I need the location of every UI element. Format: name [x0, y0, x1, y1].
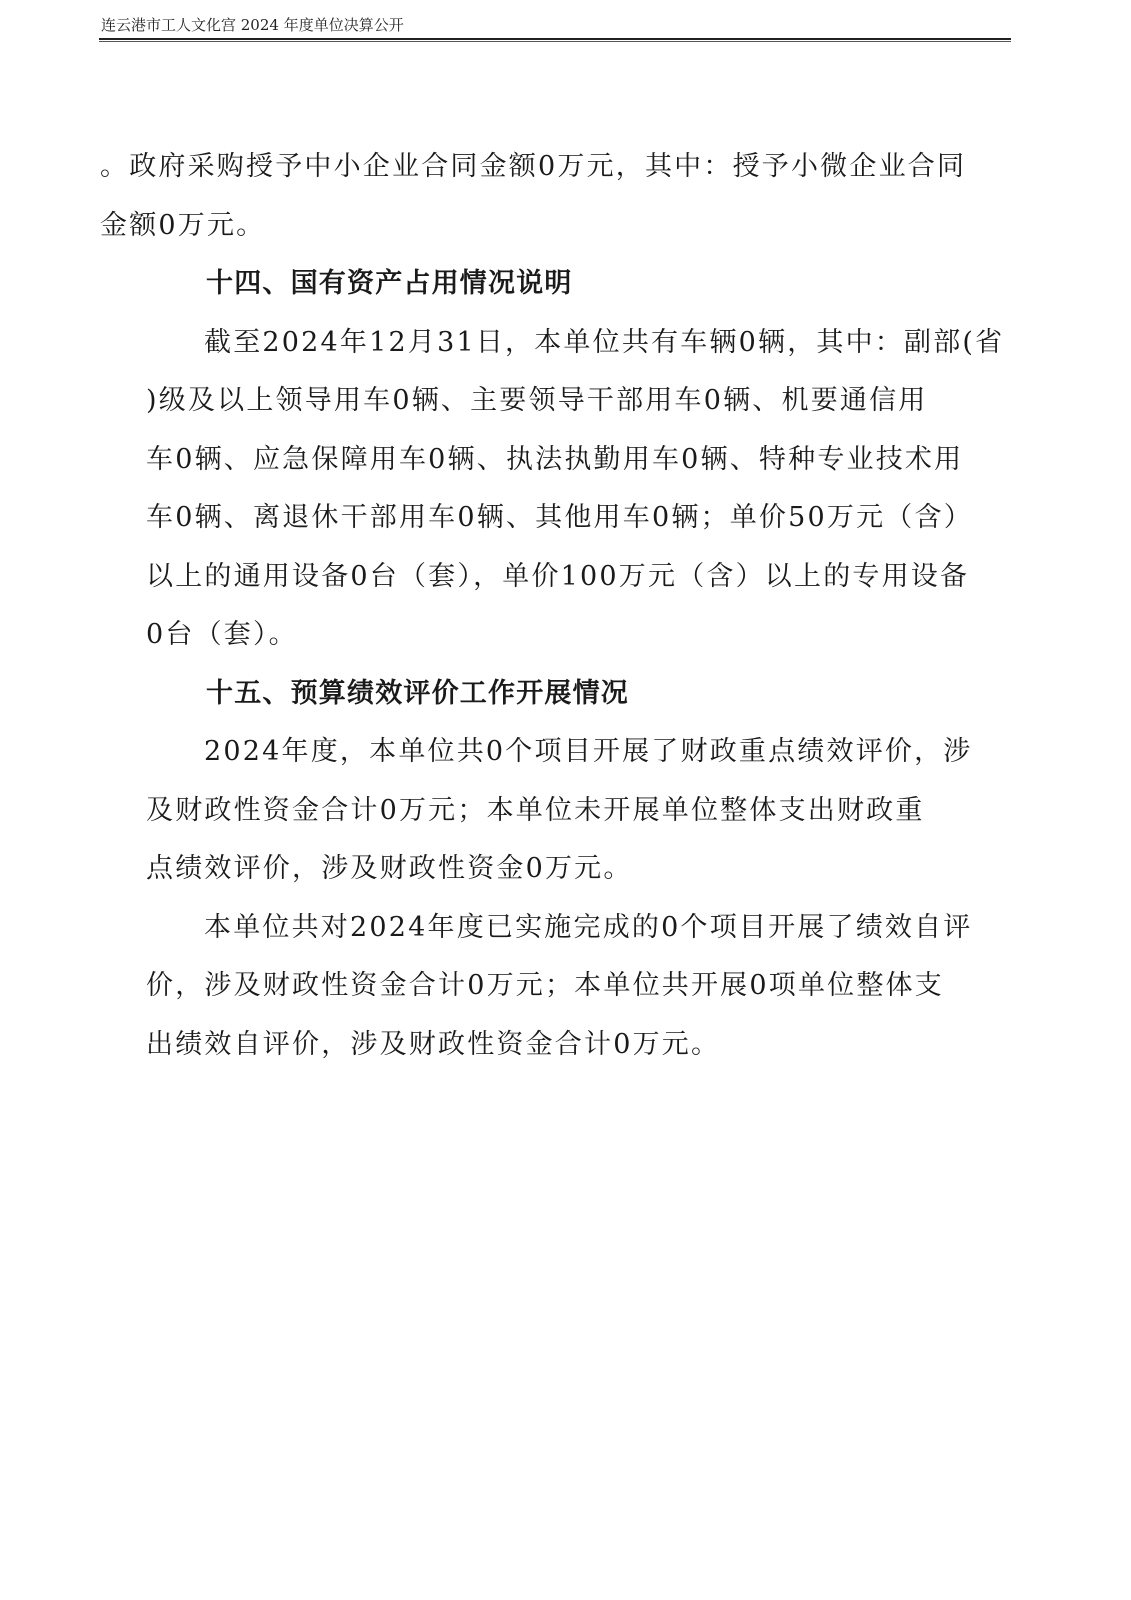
- section-15-paragraph-1: 2024年度，本单位共0个项目开展了财政重点绩效评价，涉 及财政性资金合计0万元…: [100, 723, 1000, 899]
- section-14-heading: 十四、国有资产占用情况说明: [100, 255, 1000, 314]
- text-line: 出绩效自评价，涉及财政性资金合计0万元。: [146, 1016, 1000, 1075]
- text-line: 2024年度，本单位共0个项目开展了财政重点绩效评价，涉: [146, 723, 1000, 782]
- section-14-paragraph: 截至2024年12月31日，本单位共有车辆0辆，其中：副部(省 )级及以上领导用…: [100, 314, 1000, 665]
- text-line: 点绩效评价，涉及财政性资金0万元。: [146, 840, 1000, 899]
- text-line: 0台（套）。: [146, 606, 1000, 665]
- document-running-title: 连云港市工人文化宫 2024 年度单位决算公开: [99, 16, 1011, 34]
- procurement-paragraph: 。政府采购授予中小企业合同金额0万元，其中：授予小微企业合同 金额0万元。: [100, 138, 1000, 255]
- text-line: )级及以上领导用车0辆、主要领导干部用车0辆、机要通信用: [146, 372, 1000, 431]
- page-header: 连云港市工人文化宫 2024 年度单位决算公开: [99, 16, 1011, 42]
- text-line: 价，涉及财政性资金合计0万元；本单位共开展0项单位整体支: [146, 957, 1000, 1016]
- header-divider: [99, 38, 1011, 42]
- text-line: 。政府采购授予中小企业合同金额0万元，其中：授予小微企业合同: [100, 138, 1000, 197]
- text-line: 本单位共对2024年度已实施完成的0个项目开展了绩效自评: [146, 899, 1000, 958]
- text-line: 以上的通用设备0台（套），单价100万元（含）以上的专用设备: [146, 548, 1000, 607]
- text-line: 车0辆、应急保障用车0辆、执法执勤用车0辆、特种专业技术用: [146, 431, 1000, 490]
- text-line: 车0辆、离退休干部用车0辆、其他用车0辆；单价50万元（含）: [146, 489, 1000, 548]
- section-15-paragraph-2: 本单位共对2024年度已实施完成的0个项目开展了绩效自评 价，涉及财政性资金合计…: [100, 899, 1000, 1075]
- text-line: 金额0万元。: [100, 197, 1000, 256]
- text-line: 截至2024年12月31日，本单位共有车辆0辆，其中：副部(省: [146, 314, 1000, 373]
- text-line: 及财政性资金合计0万元；本单位未开展单位整体支出财政重: [146, 782, 1000, 841]
- document-body: 。政府采购授予中小企业合同金额0万元，其中：授予小微企业合同 金额0万元。 十四…: [100, 138, 1000, 1074]
- section-15-heading: 十五、预算绩效评价工作开展情况: [100, 665, 1000, 724]
